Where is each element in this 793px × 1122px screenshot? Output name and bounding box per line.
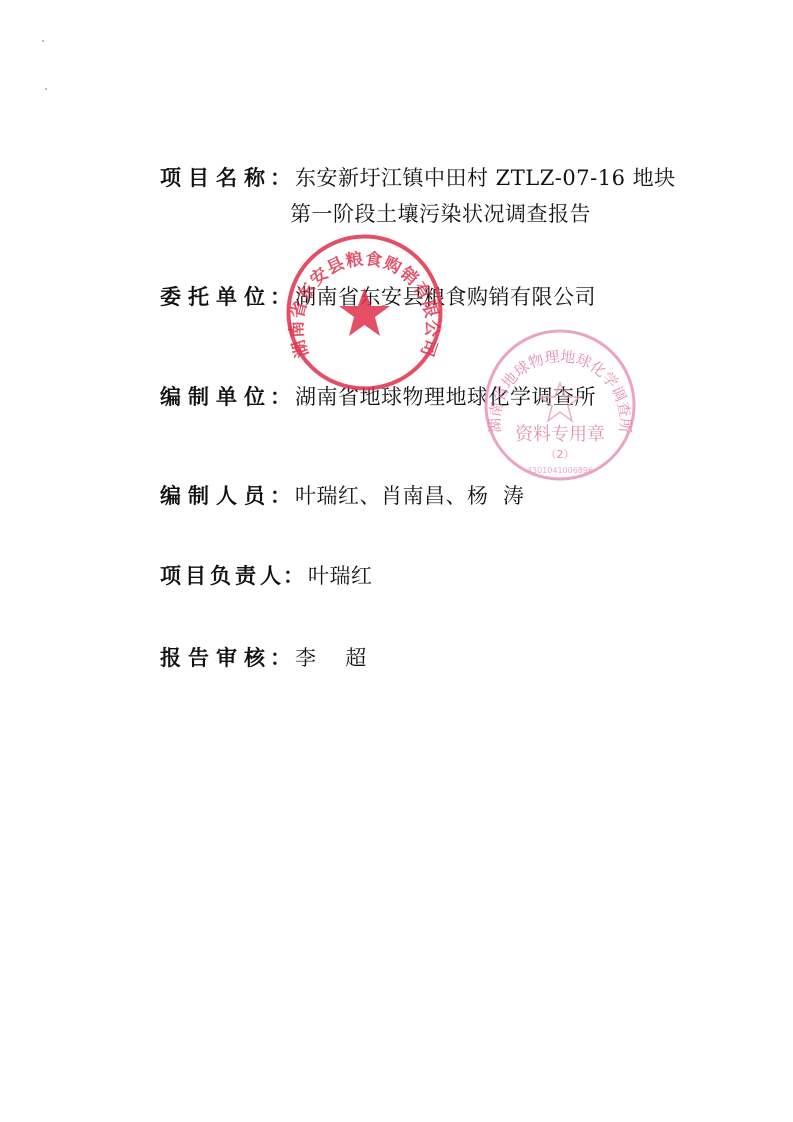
field-value: 叶瑞红	[308, 566, 373, 587]
field-label: 编制人员	[160, 486, 272, 507]
svg-text:资料专用章: 资料专用章	[515, 424, 605, 445]
field-label: 项目名称	[160, 168, 272, 189]
field-value: 东安新圩江镇中田村 ZTLZ-07-16 地块	[295, 168, 676, 189]
field-client: 委托单位 ： 湖南省东安县粮食购销有限公司	[160, 287, 596, 308]
field-value: 湖南省东安县粮食购销有限公司	[295, 287, 596, 308]
field-project-name-line2: 第一阶段土壤污染状况调查报告	[290, 204, 591, 225]
field-label: 报告审核	[160, 648, 272, 669]
svg-text:4301041006896: 4301041006896	[527, 466, 593, 475]
field-colon: ：	[270, 486, 291, 507]
company-seal-icon: 湖南省东安县粮食购销有限公司	[282, 230, 447, 395]
field-colon: ：	[270, 387, 291, 408]
field-compiler: 编制单位 ： 湖南省地球物理地球化学调查所	[160, 387, 596, 408]
svg-text:（2）: （2）	[546, 448, 575, 461]
scan-speck	[42, 40, 44, 42]
field-colon: ：	[270, 287, 291, 308]
field-colon: ：	[283, 566, 304, 587]
field-value: 叶瑞红、肖南昌、杨 涛	[295, 486, 524, 507]
field-label: 委托单位	[160, 287, 272, 308]
field-colon: ：	[270, 648, 291, 669]
field-project-leader: 项目负责人 ： 叶瑞红	[160, 566, 373, 587]
field-value: 湖南省地球物理地球化学调查所	[295, 387, 596, 408]
field-label: 编制单位	[160, 387, 272, 408]
scan-speck	[45, 88, 47, 90]
field-staff: 编制人员 ： 叶瑞红、肖南昌、杨 涛	[160, 486, 524, 507]
field-label: 项目负责人	[160, 566, 285, 587]
field-project-name: 项目名称 ： 东安新圩江镇中田村 ZTLZ-07-16 地块	[160, 168, 676, 189]
field-colon: ：	[270, 168, 291, 189]
field-value: 李 超	[295, 648, 367, 669]
field-reviewer: 报告审核 ： 李 超	[160, 648, 367, 669]
